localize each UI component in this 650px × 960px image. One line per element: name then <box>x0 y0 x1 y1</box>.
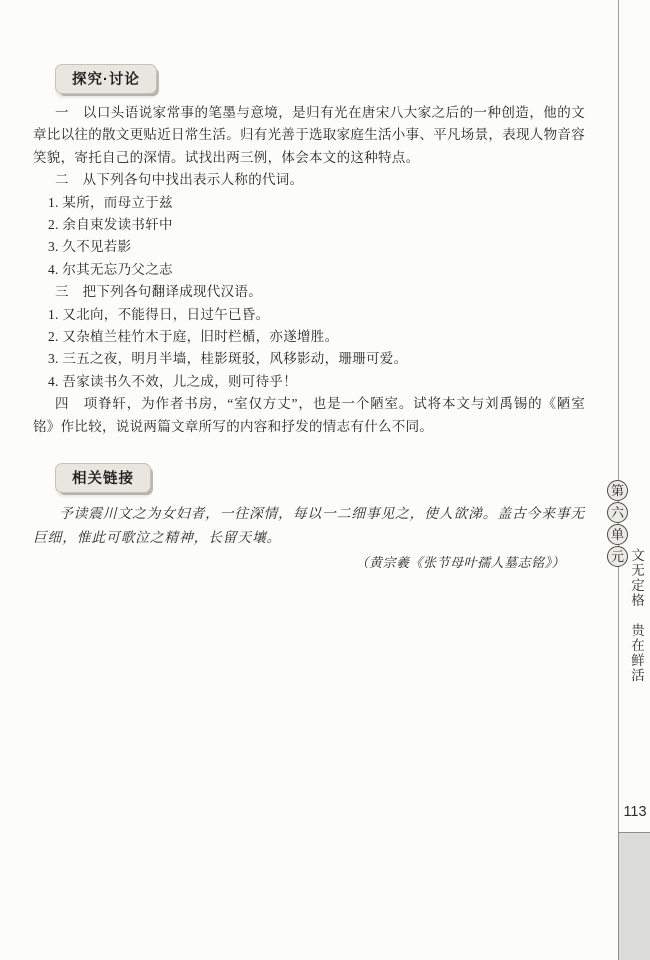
question-2-item-3: 3. 久不见若影 <box>33 236 585 258</box>
page-number: 113 <box>621 804 649 820</box>
question-3-item-4: 4. 吾家读书久不效，儿之成，则可待乎！ <box>33 371 585 393</box>
question-3-item-1: 1. 又北向，不能得日，日过午已昏。 <box>33 304 585 326</box>
question-2-heading: 二 从下列各句中找出表示人称的代词。 <box>33 169 585 191</box>
unit-char-circle: 六 <box>607 502 628 523</box>
question-3-item-3: 3. 三五之夜，明月半墙，桂影斑驳，风移影动，珊珊可爱。 <box>33 348 585 370</box>
discussion-badge: 探究·讨论 <box>55 64 157 94</box>
question-4: 四 项脊轩，为作者书房，“室仅方丈”，也是一个陋室。试将本文与刘禹锡的《陋室铭》… <box>33 393 585 438</box>
related-quote: 予读震川文之为女妇者，一往深情，每以一二细事见之，使人欲涕。盖古今来事无巨细，惟… <box>33 502 585 550</box>
unit-char-circle: 元 <box>607 546 628 567</box>
unit-char-circle: 单 <box>607 524 628 545</box>
page-corner-shade <box>618 832 650 960</box>
main-content: 探究·讨论 一 以口头语说家常事的笔墨与意境，是归有光在唐宋八大家之后的一种创造… <box>33 64 585 574</box>
question-3-heading: 三 把下列各句翻译成现代汉语。 <box>33 281 585 303</box>
unit-char-circle: 第 <box>607 480 628 501</box>
unit-title-vertical: 文无定格 贵在鲜活 <box>626 548 646 683</box>
question-2-item-2: 2. 余自束发读书轩中 <box>33 214 585 236</box>
quote-attribution: （黄宗羲《张节母叶孺人墓志铭》） <box>33 552 585 574</box>
question-1: 一 以口头语说家常事的笔墨与意境，是归有光在唐宋八大家之后的一种创造，他的文章比… <box>33 102 585 169</box>
question-3-item-2: 2. 又杂植兰桂竹木于庭，旧时栏楯，亦遂增胜。 <box>33 326 585 348</box>
textbook-page: 探究·讨论 一 以口头语说家常事的笔墨与意境，是归有光在唐宋八大家之后的一种创造… <box>0 0 650 960</box>
margin-divider-line <box>618 0 619 833</box>
question-2-item-4: 4. 尔其无忘乃父之志 <box>33 259 585 281</box>
related-links-badge: 相关链接 <box>55 463 151 493</box>
question-2-item-1: 1. 某所，而母立于兹 <box>33 192 585 214</box>
